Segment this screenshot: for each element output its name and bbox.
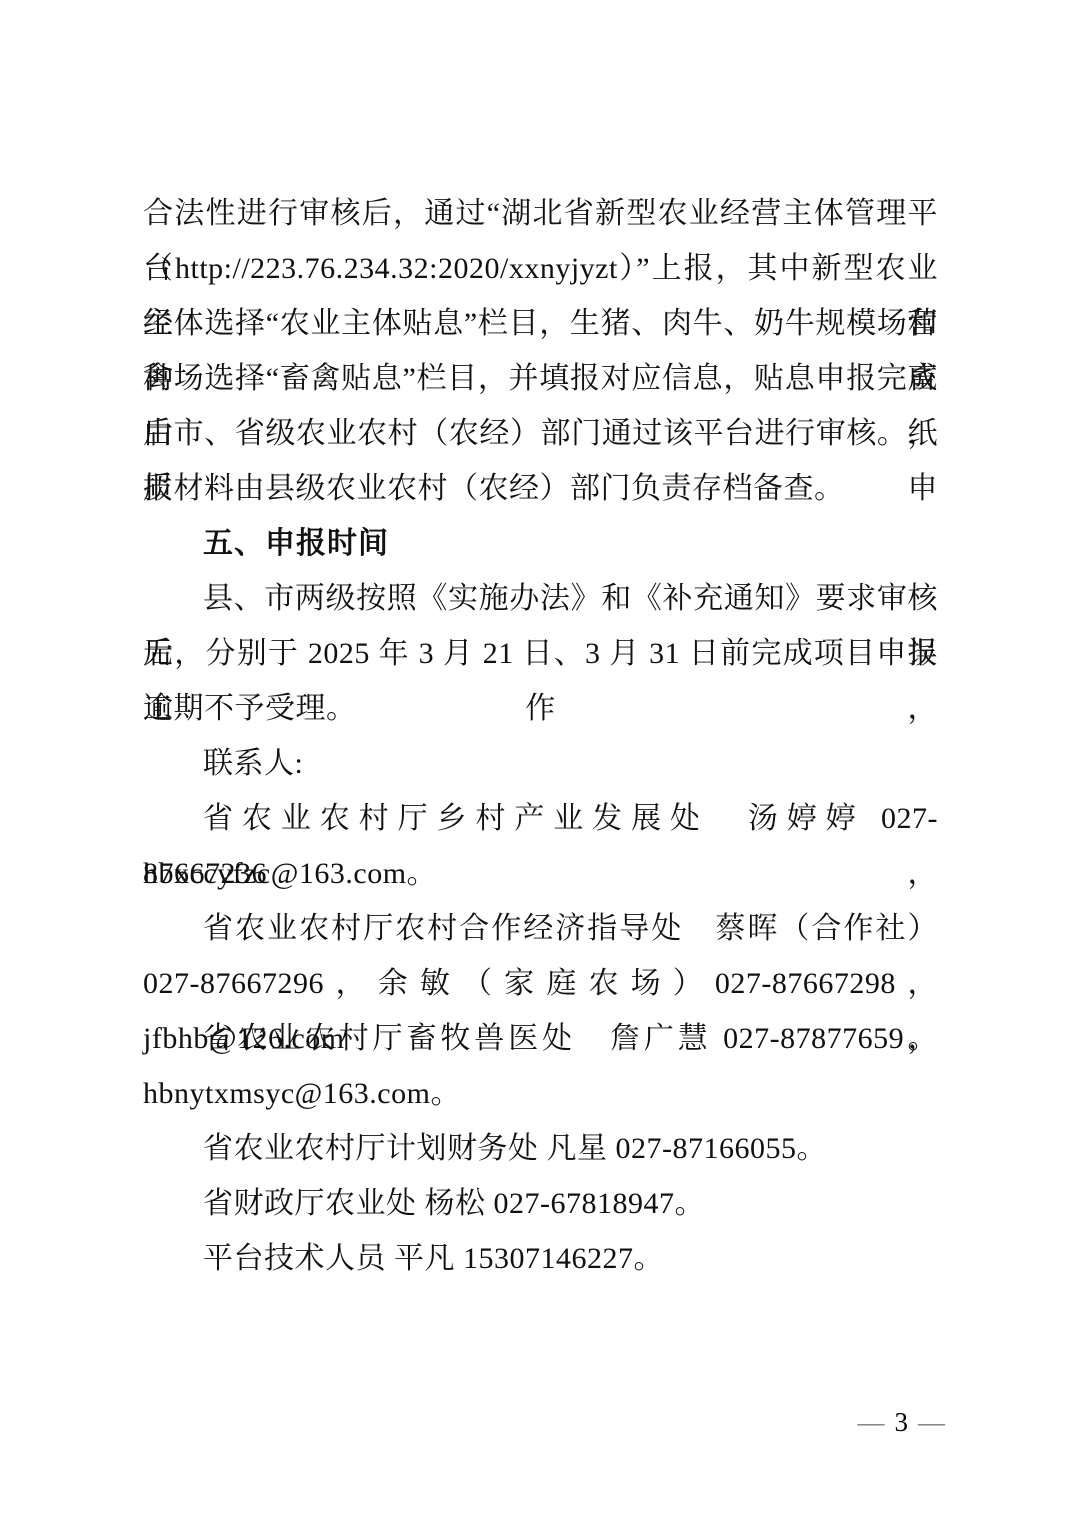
page-number-dash-left: —: [858, 1402, 885, 1442]
text-line: （http://223.76.234.32:2020/xxnyjyzt）”上报，…: [143, 241, 938, 296]
text-line: 省财政厅农业处 杨松 027-67818947。: [143, 1176, 938, 1231]
text-line: 省农业农村厅农村合作经济指导处 蔡晖（合作社）: [143, 901, 938, 956]
page-number: —3—: [858, 1402, 946, 1442]
text-line: 联系人:: [143, 736, 938, 791]
text-line: 027-87667296，余敏（家庭农场）027-87667298，jfbhb@…: [143, 956, 938, 1011]
text-line: 合法性进行审核后，通过“湖北省新型农业经营主体管理平台: [143, 186, 938, 241]
document-page: 合法性进行审核后，通过“湖北省新型农业经营主体管理平台 （http://223.…: [0, 0, 1075, 1520]
text-line: 后，分别于 2025 年 3 月 21 日、3 月 31 日前完成项目申报工作，: [143, 626, 938, 681]
page-number-value: 3: [895, 1402, 909, 1442]
text-line: 省农业农村厅计划财务处 凡星 027-87166055。: [143, 1121, 938, 1176]
section-heading: 五、申报时间: [143, 516, 938, 571]
text-line: 主体选择“农业主体贴息”栏目，生猪、肉牛、奶牛规模场和种畜: [143, 296, 938, 351]
text-line: 禽场选择“畜禽贴息”栏目，并填报对应信息，贴息申报完成后，: [143, 351, 938, 406]
document-text-block: 合法性进行审核后，通过“湖北省新型农业经营主体管理平台 （http://223.…: [143, 186, 938, 1286]
text-line: 县、市两级按照《实施办法》和《补充通知》要求审核无误: [143, 571, 938, 626]
text-line: 报材料由县级农业农村（农经）部门负责存档备查。: [143, 461, 938, 516]
text-line: 省农业农村厅畜牧兽医处 詹广慧 027-87877659，: [143, 1011, 938, 1066]
text-line: 由市、省级农业农村（农经）部门通过该平台进行审核。纸质申: [143, 406, 938, 461]
page-number-dash-right: —: [918, 1402, 945, 1442]
text-line: 省农业农村厅乡村产业发展处 汤婷婷 027-87667236，: [143, 791, 938, 846]
text-line: hbnytxmsyc@163.com。: [143, 1066, 938, 1121]
text-line: 平台技术人员 平凡 15307146227。: [143, 1231, 938, 1286]
